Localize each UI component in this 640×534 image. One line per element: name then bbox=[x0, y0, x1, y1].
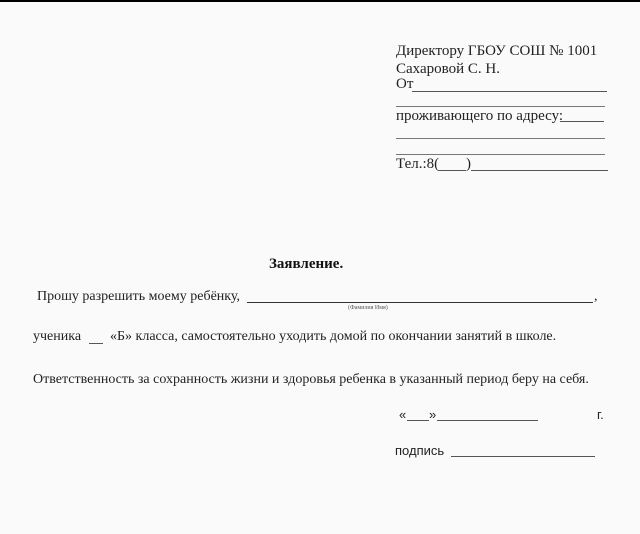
child-name-line[interactable] bbox=[247, 302, 593, 303]
signature-line[interactable] bbox=[451, 456, 595, 457]
document-title: Заявление. bbox=[269, 256, 343, 273]
address-field-line-3[interactable] bbox=[396, 154, 605, 155]
date-open-quote: « bbox=[399, 407, 406, 422]
phone-code-line[interactable] bbox=[438, 170, 466, 171]
date-month-line[interactable] bbox=[437, 420, 538, 421]
from-field-line[interactable] bbox=[412, 91, 607, 92]
date-day-line[interactable] bbox=[407, 420, 429, 421]
from-label: От bbox=[396, 76, 413, 93]
top-border bbox=[0, 0, 640, 2]
address-field-line-1[interactable] bbox=[560, 121, 604, 122]
name-caption: (Фамилия Имя) bbox=[348, 305, 388, 311]
request-text: Прошу разрешить моему ребёнку, bbox=[37, 289, 240, 305]
phone-number-line[interactable] bbox=[471, 170, 608, 171]
address-label: проживающего по адресу: bbox=[396, 108, 563, 125]
from-field-line-2[interactable] bbox=[396, 106, 605, 107]
year-suffix: г. bbox=[597, 407, 604, 422]
address-field-line-2[interactable] bbox=[396, 138, 605, 139]
grade-number-line[interactable] bbox=[89, 343, 103, 344]
student-label: ученика bbox=[33, 329, 81, 345]
phone-label: Тел.:8( bbox=[396, 156, 439, 173]
addressee-line-1: Директору ГБОУ СОШ № 1001 bbox=[396, 43, 597, 60]
request-comma: , bbox=[594, 289, 598, 305]
class-text: «Б» класса, самостоятельно уходить домой… bbox=[110, 329, 556, 345]
signature-label: подпись bbox=[395, 443, 444, 458]
date-close-quote: » bbox=[429, 407, 436, 422]
responsibility-text: Ответственность за сохранность жизни и з… bbox=[33, 372, 589, 388]
